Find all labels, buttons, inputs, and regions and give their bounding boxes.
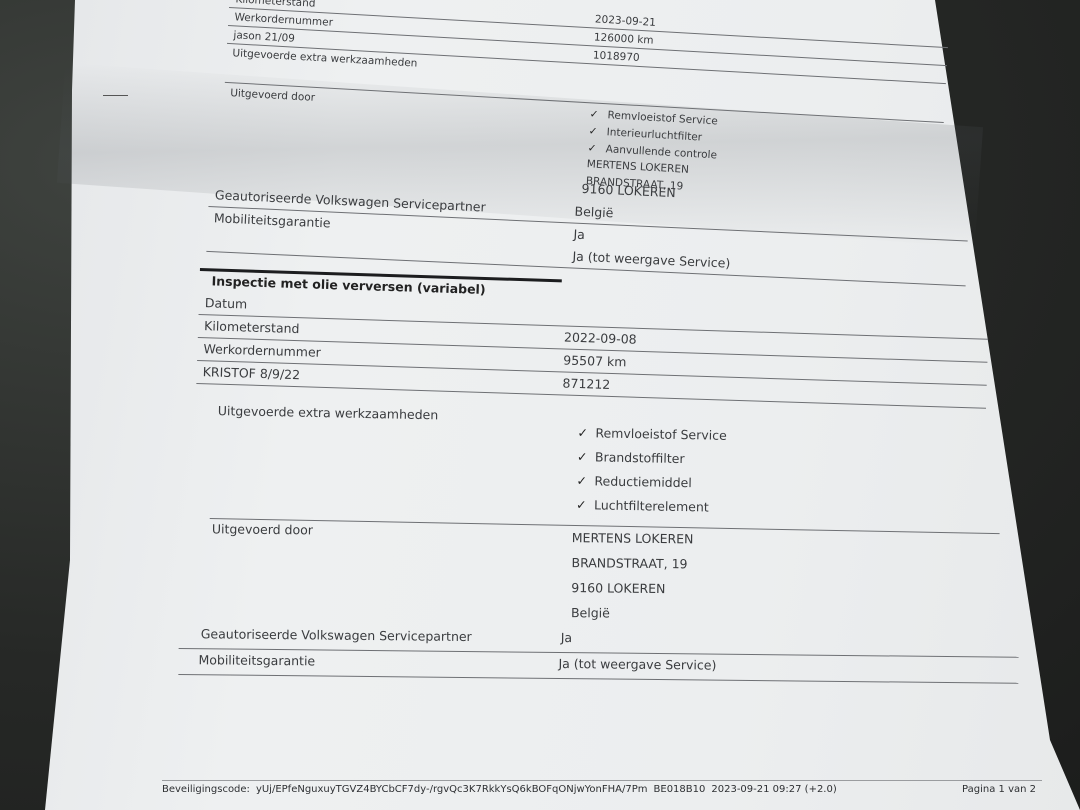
check-icon: ✓ [588, 123, 607, 141]
print-timestamp: 2023-09-21 09:27 (+2.0) [711, 784, 836, 795]
security-code: yUj/EPfeNguxuyTGVZ4BYCbCF7dy-/rgvQc3K7Rk… [256, 784, 648, 795]
page-number: Pagina 1 van 2 [962, 784, 1036, 795]
extra-work-label: Uitgevoerde extra werkzaamheden [210, 400, 578, 525]
inspection-section: Inspectie met olie verversen (variabel) … [196, 268, 989, 409]
check-icon: ✓ [587, 140, 606, 158]
performed-by-row: Uitgevoerd door MERTENS LOKEREN BRANDSTR… [179, 518, 1020, 632]
check-icon: ✓ [577, 421, 595, 445]
extra-work-row: Uitgevoerde extra werkzaamheden ✓Remvloe… [210, 400, 1002, 534]
security-code-label: Beveiligingscode: [162, 784, 250, 795]
mobility-label: Mobiliteitsgarantie [178, 649, 558, 678]
authorized-label: Geautoriseerde Volkswagen Servicepartner [179, 623, 561, 652]
page-footer: Beveiligingscode: yUj/EPfeNguxuyTGVZ4BYC… [162, 780, 1042, 795]
inspection-extra-work: Uitgevoerde extra werkzaamheden ✓Remvloe… [210, 400, 1002, 534]
stray-line [103, 95, 128, 96]
check-icon: ✓ [576, 469, 594, 493]
performed-by-label: Uitgevoerd door [179, 518, 572, 627]
check-icon: ✓ [589, 106, 608, 124]
inspection-performed-by: Uitgevoerd door MERTENS LOKEREN BRANDSTR… [178, 518, 1020, 684]
check-icon: ✓ [576, 493, 594, 517]
address-line: België [571, 600, 1019, 630]
check-icon: ✓ [577, 445, 595, 469]
authorized-value: Ja [561, 627, 1019, 657]
address-line: 9160 LOKEREN [571, 575, 1019, 605]
address-block: MERTENS LOKEREN BRANDSTRAAT, 19 9160 LOK… [571, 522, 1020, 632]
dealer-code: BE018B10 [654, 784, 706, 795]
extra-work-list: ✓Remvloeistof Service ✓Brandstoffilter ✓… [576, 407, 1002, 533]
mobility-value: Ja (tot weergave Service) [558, 653, 1018, 683]
